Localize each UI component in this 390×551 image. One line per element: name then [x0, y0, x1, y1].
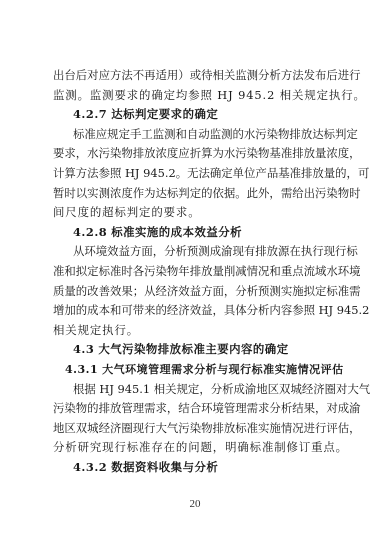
section-title: 大气污染物排放标准主要内容的确定 — [98, 342, 288, 356]
section-title: 标准实施的成本效益分析 — [111, 225, 242, 239]
page-number: 20 — [0, 498, 390, 510]
body-line: 标准应规定手工监测和自动监测的水污染物排放达标判定 — [53, 125, 338, 145]
body-line: 计算方法参照 HJ 945.2。无法确定单位产品基准排放量的，可 — [53, 164, 338, 184]
body-line: 暂时以实测浓度作为达标判定的依据。此外，需给出污染物时 — [53, 184, 338, 204]
section-heading-4-2-7: 4.2.7达标判定要求的确定 — [53, 105, 338, 125]
section-number: 4.2.8 — [73, 225, 107, 239]
document-page: 出台后对应方法不再适用）或待相关监测分析方法发布后进行 监测。监测要求的确定均参… — [0, 0, 390, 551]
section-number: 4.3.2 — [73, 460, 107, 474]
body-line: 质量的改善效果；从经济效益方面，分析预测实施拟定标准需 — [53, 282, 338, 302]
section-title: 大气环境管理需求分析与现行标准实施情况评估 — [102, 363, 344, 376]
section-heading-4-3-1: 4.3.1大气环境管理需求分析与现行标准实施情况评估 — [53, 360, 338, 380]
body-line: 相关规定执行。 — [53, 321, 338, 341]
body-line: 分析研究现行标准存在的问题，明确标准制修订重点。 — [53, 438, 338, 458]
body-line: 要求，水污染物排放浓度应折算为水污染物基准排放量浓度， — [53, 144, 338, 164]
body-line: 出台后对应方法不再适用）或待相关监测分析方法发布后进行 — [53, 66, 338, 86]
section-number: 4.3.1 — [65, 363, 98, 376]
section-title: 达标判定要求的确定 — [111, 107, 218, 121]
body-line: 污染物的排放管理需求，结合环境管理需求分析结果，对成渝 — [53, 399, 338, 419]
body-line: 根据 HJ 945.1 相关规定，分析成渝地区双城经济圈对大气 — [53, 380, 338, 400]
section-heading-4-3-2: 4.3.2数据资料收集与分析 — [53, 458, 338, 478]
section-number: 4.3 — [73, 342, 94, 356]
body-line: 准和拟定标准时各污染物年排放量削减情况和重点流域水环境 — [53, 262, 338, 282]
page-body: 出台后对应方法不再适用）或待相关监测分析方法发布后进行 监测。监测要求的确定均参… — [53, 66, 338, 477]
section-heading-4-2-8: 4.2.8标准实施的成本效益分析 — [53, 223, 338, 243]
body-line: 地区双城经济圈现行大气污染物排放标准实施情况进行评估， — [53, 419, 338, 439]
body-line: 间尺度的超标判定的要求。 — [53, 203, 338, 223]
section-number: 4.2.7 — [73, 107, 107, 121]
section-title: 数据资料收集与分析 — [111, 460, 218, 474]
body-line: 从环境效益方面，分析预测成渝现有排放源在执行现行标 — [53, 242, 338, 262]
section-heading-4-3: 4.3大气污染物排放标准主要内容的确定 — [53, 340, 338, 360]
body-line: 增加的成本和可带来的经济效益，具体分析内容参照 HJ 945.2 — [53, 301, 338, 321]
body-line: 监测。监测要求的确定均参照 HJ 945.2 相关规定执行。 — [53, 86, 338, 106]
